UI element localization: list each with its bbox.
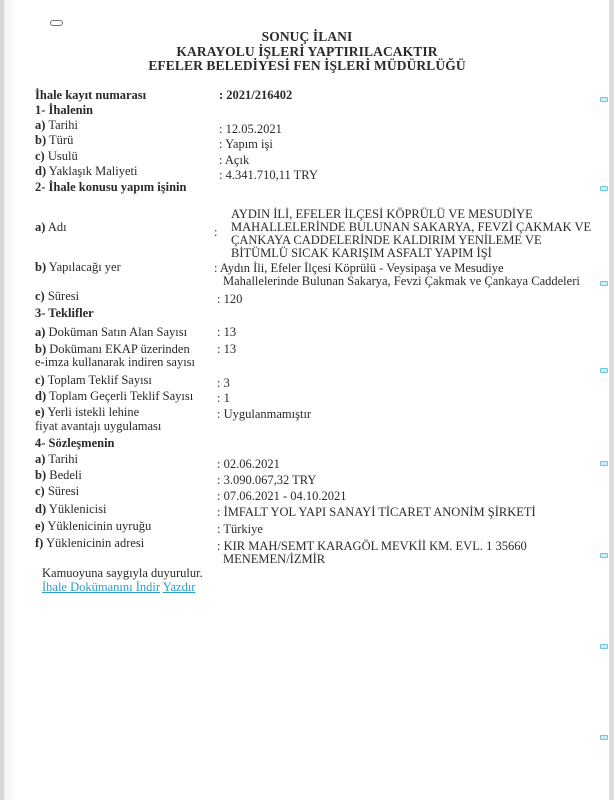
row-label: Dokümanı EKAP üzerinden <box>49 342 189 356</box>
row-key: d) <box>35 502 46 516</box>
row-key: d) <box>35 164 46 178</box>
row-key: b) <box>35 342 46 356</box>
public-notice: Kamuoyuna saygıyla duyurulur. <box>42 566 203 581</box>
address-line-2: MENEMEN/İZMİR <box>223 553 325 567</box>
edge-marker-icon <box>600 735 608 740</box>
row-key: a) <box>35 118 45 132</box>
row-key: c) <box>35 149 45 163</box>
section-2-title: 2- İhale konusu yapım işinin <box>35 181 186 195</box>
place-line-2: Mahallelerinde Bulunan Sakarya, Fevzi Ça… <box>223 275 580 289</box>
row-label: Toplam Geçerli Teklif Sayısı <box>49 389 193 403</box>
title-line-2: KARAYOLU İŞLERİ YAPTIRILACAKTIR <box>0 45 614 60</box>
edge-marker-icon <box>600 186 608 191</box>
edge-marker-icon <box>600 368 608 373</box>
registration-value: : 2021/216402 <box>219 89 292 103</box>
row-value: : 02.06.2021 <box>217 458 280 472</box>
row-label: Yüklenicinin adresi <box>46 536 144 550</box>
row-value: : Uygulanmamıştır <box>217 408 311 422</box>
section-4-title: 4- Sözleşmenin <box>35 437 115 451</box>
row-label: Tarihi <box>48 118 78 132</box>
row-label: Türü <box>49 133 73 147</box>
row-label: Bedeli <box>49 468 82 482</box>
row-label: Usulü <box>48 149 78 163</box>
row-label: Süresi <box>48 289 79 303</box>
download-document-link[interactable]: İhale Dokümanını İndir <box>42 580 160 594</box>
row-key: a) <box>35 325 45 339</box>
row-value: : 4.341.710,11 TRY <box>219 169 318 183</box>
row-value: : 120 <box>217 293 242 307</box>
row-key: c) <box>35 373 45 387</box>
print-link[interactable]: Yazdır <box>163 580 196 594</box>
row-label-2: e-imza kullanarak indiren sayısı <box>35 356 195 370</box>
row-key: e) <box>35 405 45 419</box>
row-value: : 3 <box>217 377 230 391</box>
row-value: : 1 <box>217 392 230 406</box>
page-left-shadow <box>4 0 15 800</box>
title-line-1: SONUÇ İLANI <box>0 30 614 45</box>
row-label: Yerli istekli lehine <box>47 405 139 419</box>
row-key: c) <box>35 289 45 303</box>
row-value: : 13 <box>217 326 236 340</box>
edge-marker-icon <box>600 281 608 286</box>
edge-marker-icon <box>600 461 608 466</box>
row-key: a) <box>35 220 45 234</box>
row-label: Yüklenicinin uyruğu <box>47 519 151 533</box>
pill-icon <box>50 20 63 26</box>
row-label: Doküman Satın Alan Sayısı <box>49 325 188 339</box>
row-key: b) <box>35 133 46 147</box>
registration-label: İhale kayıt numarası <box>35 89 146 103</box>
row-key: b) <box>35 260 46 274</box>
edge-marker-icon <box>600 644 608 649</box>
row-label-2: fiyat avantajı uygulaması <box>35 420 161 434</box>
edge-marker-icon <box>600 97 608 102</box>
edge-marker-icon <box>600 553 608 558</box>
section-1-title: 1- İhalenin <box>35 104 93 118</box>
row-key: a) <box>35 452 45 466</box>
row-value: : 13 <box>217 343 236 357</box>
row-label: Yaklaşık Maliyeti <box>49 164 138 178</box>
row-key: c) <box>35 484 45 498</box>
row-key: d) <box>35 389 46 403</box>
row-value: : İMFALT YOL YAPI SANAYİ TİCARET ANONİM … <box>217 506 536 520</box>
title-line-3: EFELER BELEDİYESİ FEN İŞLERİ MÜDÜRLÜĞÜ <box>0 59 614 74</box>
document-title: SONUÇ İLANI KARAYOLU İŞLERİ YAPTIRILACAK… <box>0 30 614 74</box>
row-label: Tarihi <box>48 452 78 466</box>
row-value: : 12.05.2021 <box>219 123 282 137</box>
row-label: Yapılacağı yer <box>49 260 121 274</box>
row-label: Yüklenicisi <box>49 502 107 516</box>
colon: : <box>214 226 217 240</box>
row-label: Toplam Teklif Sayısı <box>48 373 152 387</box>
row-key: f) <box>35 536 43 550</box>
row-key: b) <box>35 468 46 482</box>
row-value: : Türkiye <box>217 523 263 537</box>
row-label: Adı <box>48 220 67 234</box>
row-key: e) <box>35 519 45 533</box>
footer-links: İhale Dokümanını İndir Yazdır <box>42 580 195 595</box>
row-value: : Yapım işi <box>219 138 273 152</box>
name-line-4: BİTÜMLÜ SICAK KARIŞIM ASFALT YAPIM İŞİ <box>231 247 492 261</box>
row-value: : Açık <box>219 154 249 168</box>
section-3-title: 3- Teklifler <box>35 307 94 321</box>
row-value: : 3.090.067,32 TRY <box>217 474 316 488</box>
page-right-border <box>609 0 614 800</box>
row-value: : 07.06.2021 - 04.10.2021 <box>217 490 347 504</box>
row-label: Süresi <box>48 484 79 498</box>
